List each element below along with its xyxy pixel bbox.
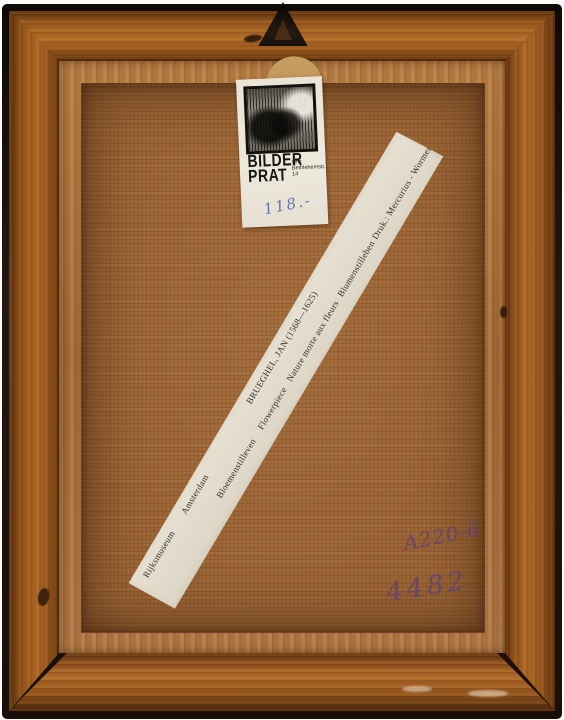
shop-address-block: Linz Bethlehemstr. 14	[291, 158, 326, 177]
wood-knot	[500, 306, 507, 318]
engraving-image	[243, 83, 318, 154]
shop-label-body: BILDER PRAT Linz Bethlehemstr. 14 118.-	[236, 76, 328, 228]
scuff-mark	[468, 690, 508, 697]
frame-rail-left	[9, 11, 59, 711]
shop-address: Bethlehemstr. 14	[292, 164, 326, 177]
shop-label: BILDER PRAT Linz Bethlehemstr. 14 118.-	[233, 55, 330, 229]
price-handwritten: 118.-	[262, 191, 313, 218]
photo-frame-back: BILDER PRAT Linz Bethlehemstr. 14 118.- …	[0, 0, 564, 720]
frame-rail-bottom	[9, 653, 555, 711]
frame-rail-right	[505, 11, 555, 711]
scuff-mark	[402, 686, 432, 692]
